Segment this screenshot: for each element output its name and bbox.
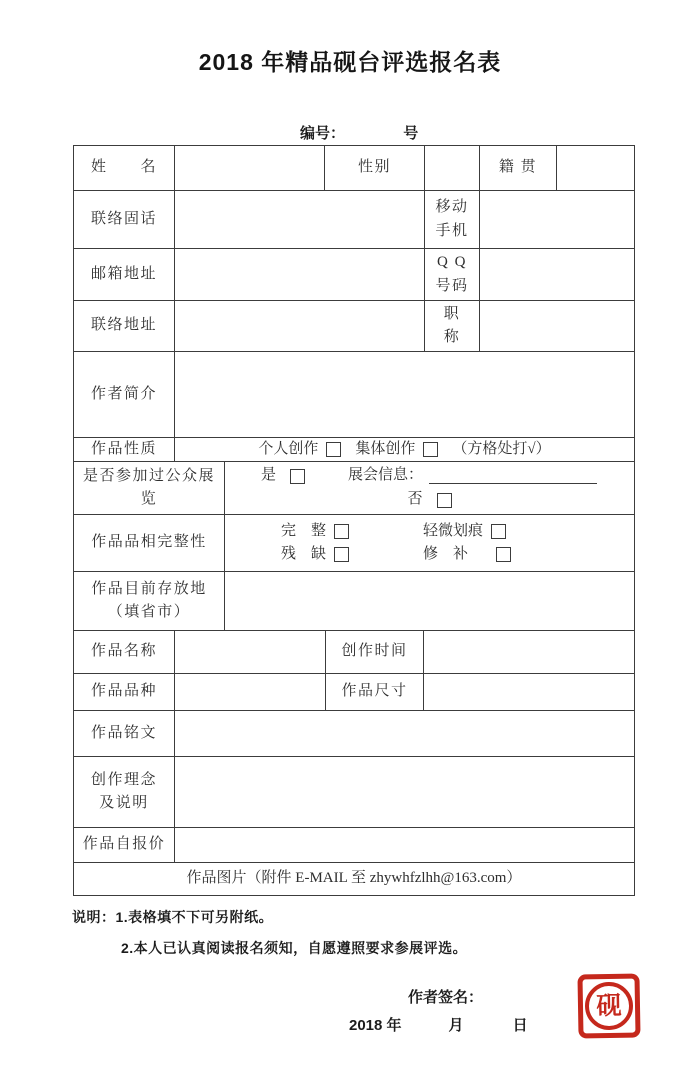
table-row-worktype: 作品品种 作品尺寸 <box>74 674 634 711</box>
serial-unit-label: 号 <box>403 125 418 142</box>
signature-label: 作者签名： <box>408 986 483 1007</box>
condition-damaged-checkbox[interactable] <box>334 547 349 562</box>
registration-form-page: 2018 年精品砚台评选报名表 编号： 号 姓 名 性别 籍 贯 联络固话 移动… <box>0 0 700 1080</box>
email-label: 邮箱地址 <box>74 249 175 300</box>
condition-complete-checkbox[interactable] <box>334 524 349 539</box>
date-month-label: 月 <box>449 1014 464 1035</box>
address-input-cell[interactable] <box>175 301 425 351</box>
concept-label: 创作理念 及说明 <box>74 757 175 827</box>
create-time-label: 创作时间 <box>326 631 424 673</box>
qq-input-cell[interactable] <box>480 249 634 300</box>
table-row-concept: 创作理念 及说明 <box>74 757 634 828</box>
exhibit-no-line: 否 <box>225 489 634 511</box>
condition-complete-label: 完 整 <box>281 520 326 543</box>
jobtitle-label: 职 称 <box>425 301 480 351</box>
table-row-exhibit: 是否参加过公众展 览 是 展会信息： 否 <box>74 462 634 515</box>
condition-damaged-option: 残 缺 <box>281 543 423 566</box>
table-row-address: 联络地址 职 称 <box>74 301 634 352</box>
inscription-input-cell[interactable] <box>175 711 634 756</box>
address-label: 联络地址 <box>74 301 175 351</box>
price-label: 作品自报价 <box>74 828 175 862</box>
work-type-label: 作品品种 <box>74 674 175 710</box>
exhibit-yes-label: 是 <box>261 464 276 487</box>
date-year-label: 2018 年 <box>349 1014 402 1035</box>
exhibit-info-label: 展会信息： <box>348 464 423 487</box>
table-row-workname: 作品名称 创作时间 <box>74 631 634 674</box>
table-row-phone: 联络固话 移动 手机 <box>74 191 634 249</box>
condition-scratch-checkbox[interactable] <box>491 524 506 539</box>
table-row-price: 作品自报价 <box>74 828 634 863</box>
table-row-bio: 作者简介 <box>74 352 634 438</box>
name-label: 姓 名 <box>74 146 175 190</box>
exhibit-label: 是否参加过公众展 览 <box>74 462 225 514</box>
condition-complete-option: 完 整 <box>281 520 423 543</box>
nature-label: 作品性质 <box>74 438 175 461</box>
table-row-inscription: 作品铭文 <box>74 711 634 757</box>
concept-input-cell[interactable] <box>175 757 634 827</box>
exhibit-no-checkbox[interactable] <box>437 493 452 508</box>
table-row-email: 邮箱地址 Q Q 号码 <box>74 249 634 301</box>
table-row-photo: 作品图片（附件 E-MAIL 至 zhywhfzlhh@163.com） <box>74 863 634 895</box>
serial-line: 编号： 号 <box>300 122 418 143</box>
mobile-input-cell[interactable] <box>480 191 634 248</box>
photo-note-label: 作品图片（附件 E-MAIL 至 zhywhfzlhh@163.com） <box>74 863 634 895</box>
seal-character: 砚 <box>596 993 621 1018</box>
create-time-input-cell[interactable] <box>424 631 634 673</box>
location-input-cell[interactable] <box>225 572 634 630</box>
table-row-location: 作品目前存放地 （填省市） <box>74 572 634 631</box>
exhibit-yes-line: 是 展会信息： <box>225 465 634 487</box>
table-row-identity: 姓 名 性别 籍 贯 <box>74 146 634 191</box>
origin-label: 籍 贯 <box>480 146 557 190</box>
work-name-input-cell[interactable] <box>175 631 326 673</box>
condition-repaired-checkbox[interactable] <box>496 547 511 562</box>
condition-line-1: 完 整 轻微划痕 <box>225 520 634 543</box>
seal-circle: 砚 <box>585 982 634 1031</box>
name-input-cell[interactable] <box>175 146 325 190</box>
note-line-1: 说明：1.表格填不下可另附纸。 <box>72 907 273 927</box>
condition-repaired-label: 修 补 <box>423 543 468 566</box>
nature-options-cell: 个人创作 集体创作 （方格处打√） <box>175 438 634 461</box>
exhibit-options-cell: 是 展会信息： 否 <box>225 462 634 514</box>
condition-scratch-option: 轻微划痕 <box>423 520 634 543</box>
inscription-label: 作品铭文 <box>74 711 175 756</box>
nature-personal-label: 个人创作 <box>258 438 318 461</box>
qq-label: Q Q 号码 <box>425 249 480 300</box>
note-line-2: 2.本人已认真阅读报名须知，自愿遵照要求参展评选。 <box>121 938 467 958</box>
gender-input-cell[interactable] <box>425 146 480 190</box>
date-line: 2018 年 月 日 <box>349 1014 528 1035</box>
landline-input-cell[interactable] <box>175 191 425 248</box>
jobtitle-input-cell[interactable] <box>480 301 634 351</box>
page-title: 2018 年精品砚台评选报名表 <box>0 44 700 77</box>
condition-repaired-option: 修 补 <box>423 543 634 566</box>
nature-collective-checkbox[interactable] <box>423 442 438 457</box>
price-input-cell[interactable] <box>175 828 634 862</box>
origin-input-cell[interactable] <box>557 146 634 190</box>
gender-label: 性别 <box>325 146 425 190</box>
work-name-label: 作品名称 <box>74 631 175 673</box>
red-seal-stamp: 砚 <box>577 973 640 1038</box>
work-size-label: 作品尺寸 <box>326 674 424 710</box>
nature-collective-label: 集体创作 <box>355 438 415 461</box>
landline-label: 联络固话 <box>74 191 175 248</box>
date-day-label: 日 <box>513 1014 528 1035</box>
condition-options-cell: 完 整 轻微划痕 残 缺 修 补 <box>225 515 634 571</box>
mobile-label: 移动 手机 <box>425 191 480 248</box>
table-row-nature: 作品性质 个人创作 集体创作 （方格处打√） <box>74 438 634 462</box>
condition-line-2: 残 缺 修 补 <box>225 543 634 566</box>
exhibit-info-blank-line[interactable] <box>429 469 597 484</box>
email-input-cell[interactable] <box>175 249 425 300</box>
exhibit-no-label: 否 <box>407 488 422 511</box>
condition-scratch-label: 轻微划痕 <box>423 520 483 543</box>
nature-note-label: （方格处打√） <box>452 438 550 461</box>
location-label: 作品目前存放地 （填省市） <box>74 572 225 630</box>
serial-label: 编号： <box>300 125 345 142</box>
bio-label: 作者简介 <box>74 352 175 437</box>
condition-label: 作品品相完整性 <box>74 515 225 571</box>
exhibit-yes-checkbox[interactable] <box>290 469 305 484</box>
condition-damaged-label: 残 缺 <box>281 543 326 566</box>
bio-input-cell[interactable] <box>175 352 634 437</box>
work-size-input-cell[interactable] <box>424 674 634 710</box>
registration-table: 姓 名 性别 籍 贯 联络固话 移动 手机 邮箱地址 Q Q 号码 联络地址 职… <box>73 145 635 896</box>
nature-personal-checkbox[interactable] <box>326 442 341 457</box>
table-row-condition: 作品品相完整性 完 整 轻微划痕 残 缺 <box>74 515 634 572</box>
work-type-input-cell[interactable] <box>175 674 326 710</box>
